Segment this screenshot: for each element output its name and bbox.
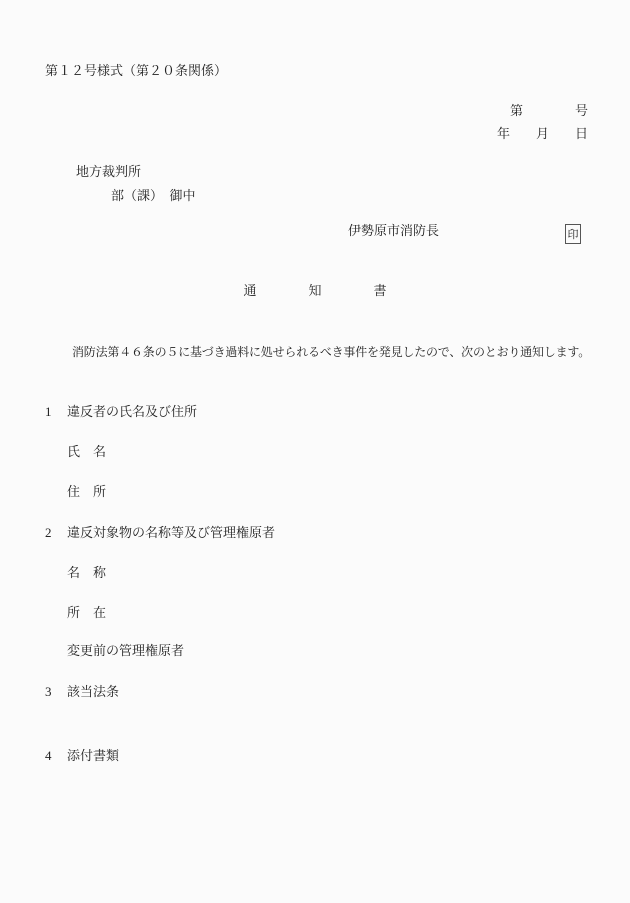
section-2-label: 違反対象物の名称等及び管理権原者 — [67, 526, 275, 541]
date-blank: 年 月 日 — [497, 127, 588, 142]
section-1-number: 1 — [45, 405, 67, 420]
recipient-department: 部（課） 御中 — [111, 189, 196, 204]
body-text: 消防法第４６条の５に基づき過料に処せられるべき事件を発見したので、次のとおり通知… — [72, 346, 590, 360]
document-title: 通 知 書 — [0, 284, 630, 299]
section-2: 2 違反対象物の名称等及び管理権原者 — [45, 526, 275, 541]
seal-box: 印 — [565, 224, 581, 244]
field-location: 所 在 — [67, 606, 106, 621]
document-page: 第１２号様式（第２０条関係） 第 号 年 月 日 地方裁判所 部（課） 御中 伊… — [0, 0, 630, 903]
section-2-number: 2 — [45, 526, 67, 541]
section-1: 1 違反者の氏名及び住所 — [45, 405, 197, 420]
field-address: 住 所 — [67, 485, 106, 500]
sender-title: 伊勢原市消防長 — [348, 224, 439, 239]
doc-number-blank: 第 号 — [510, 104, 588, 119]
field-name: 氏 名 — [67, 445, 106, 460]
section-4-label: 添付書類 — [67, 749, 119, 764]
section-3-number: 3 — [45, 685, 67, 700]
section-4: 4 添付書類 — [45, 749, 119, 764]
section-1-label: 違反者の氏名及び住所 — [67, 405, 197, 420]
recipient-court: 地方裁判所 — [76, 165, 141, 180]
form-number: 第１２号様式（第２０条関係） — [45, 64, 227, 79]
field-previous-manager: 変更前の管理権原者 — [67, 644, 184, 659]
section-4-number: 4 — [45, 749, 67, 764]
seal-label: 印 — [568, 229, 579, 241]
section-3-label: 該当法条 — [67, 685, 119, 700]
section-3: 3 該当法条 — [45, 685, 119, 700]
field-property-name: 名 称 — [67, 566, 106, 581]
